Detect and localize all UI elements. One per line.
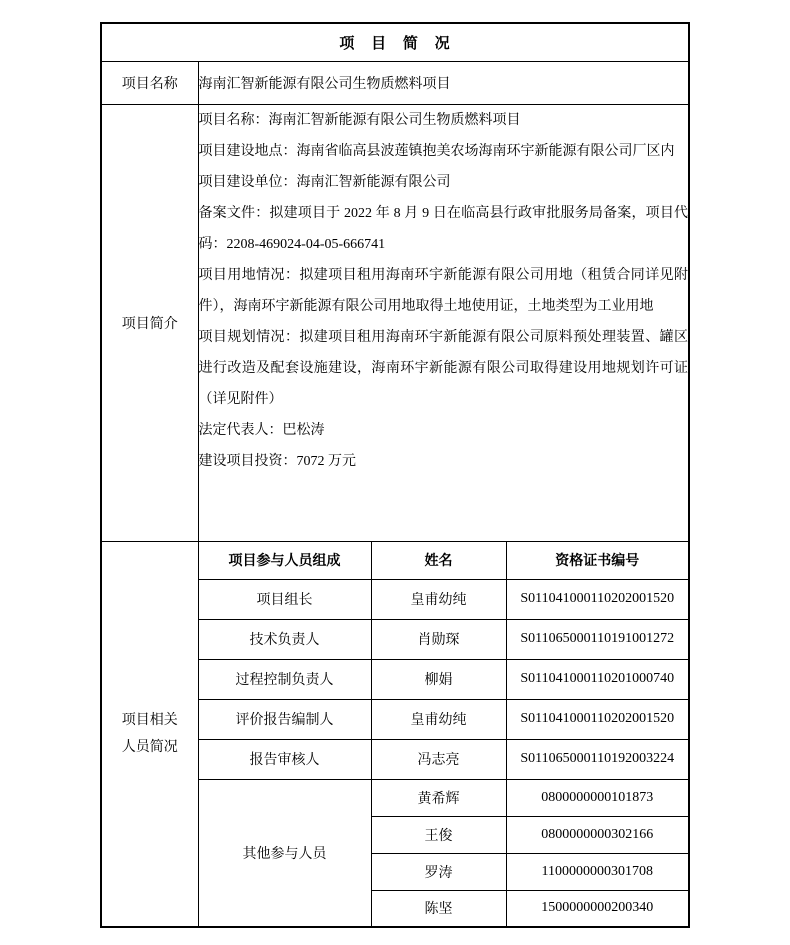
intro-paragraph-investment: 建设项目投资：7072 万元 (199, 446, 689, 477)
column-header-role: 项目参与人员组成 (198, 541, 371, 579)
cert-cell: 0800000000101873 (506, 779, 689, 816)
intro-paragraph-filing: 备案文件：拟建项目于 2022 年 8 月 9 日在临高县行政审批服务局备案，项… (199, 198, 689, 260)
name-cell: 黄希辉 (371, 779, 506, 816)
personnel-section-label: 项目相关 人员简况 (101, 541, 198, 927)
intro-paragraph-builder: 项目建设单位：海南汇智新能源有限公司 (199, 167, 689, 198)
other-participants-label: 其他参与人员 (198, 779, 371, 927)
intro-paragraph-project-name: 项目名称：海南汇智新能源有限公司生物质燃料项目 (199, 105, 689, 136)
name-cell: 罗涛 (371, 853, 506, 890)
name-cell: 冯志亮 (371, 739, 506, 779)
name-cell: 柳娟 (371, 659, 506, 699)
name-cell: 王俊 (371, 816, 506, 853)
personnel-label-line1: 项目相关 (102, 707, 198, 734)
cert-cell: 1100000000301708 (506, 853, 689, 890)
name-cell: 陈坚 (371, 890, 506, 927)
intro-paragraph-location: 项目建设地点：海南省临高县波莲镇抱美农场海南环宇新能源有限公司厂区内 (199, 136, 689, 167)
personnel-header-row: 项目相关 人员简况 项目参与人员组成 姓名 资格证书编号 (101, 541, 689, 579)
title-row: 项 目 简 况 (101, 23, 689, 61)
cert-cell: S011041000110201000740 (506, 659, 689, 699)
cert-cell: 1500000000200340 (506, 890, 689, 927)
role-cell: 技术负责人 (198, 619, 371, 659)
project-overview-table: 项 目 简 况 项目名称 海南汇智新能源有限公司生物质燃料项目 项目简介 项目名… (100, 22, 690, 928)
project-name-value: 海南汇智新能源有限公司生物质燃料项目 (198, 61, 689, 104)
page-title: 项 目 简 况 (101, 23, 689, 61)
cert-cell: S011065000110192003224 (506, 739, 689, 779)
project-intro-row: 项目简介 项目名称：海南汇智新能源有限公司生物质燃料项目 项目建设地点：海南省临… (101, 104, 689, 541)
cert-cell: S011041000110202001520 (506, 699, 689, 739)
project-name-label: 项目名称 (101, 61, 198, 104)
intro-paragraph-legal-rep: 法定代表人：巴松涛 (199, 415, 689, 446)
name-cell: 皇甫幼纯 (371, 579, 506, 619)
personnel-label-line2: 人员简况 (102, 734, 198, 761)
column-header-name: 姓名 (371, 541, 506, 579)
name-cell: 皇甫幼纯 (371, 699, 506, 739)
intro-paragraph-planning: 项目规划情况：拟建项目租用海南环宇新能源有限公司原料预处理装置、罐区进行改造及配… (199, 322, 689, 415)
cert-cell: S011041000110202001520 (506, 579, 689, 619)
project-name-row: 项目名称 海南汇智新能源有限公司生物质燃料项目 (101, 61, 689, 104)
project-intro-content: 项目名称：海南汇智新能源有限公司生物质燃料项目 项目建设地点：海南省临高县波莲镇… (198, 104, 689, 541)
role-cell: 评价报告编制人 (198, 699, 371, 739)
intro-paragraph-land-use: 项目用地情况：拟建项目租用海南环宇新能源有限公司用地（租赁合同详见附件），海南环… (199, 260, 689, 322)
project-intro-label: 项目简介 (101, 104, 198, 541)
role-cell: 过程控制负责人 (198, 659, 371, 699)
column-header-cert: 资格证书编号 (506, 541, 689, 579)
role-cell: 报告审核人 (198, 739, 371, 779)
role-cell: 项目组长 (198, 579, 371, 619)
name-cell: 肖勋琛 (371, 619, 506, 659)
cert-cell: S011065000110191001272 (506, 619, 689, 659)
cert-cell: 0800000000302166 (506, 816, 689, 853)
